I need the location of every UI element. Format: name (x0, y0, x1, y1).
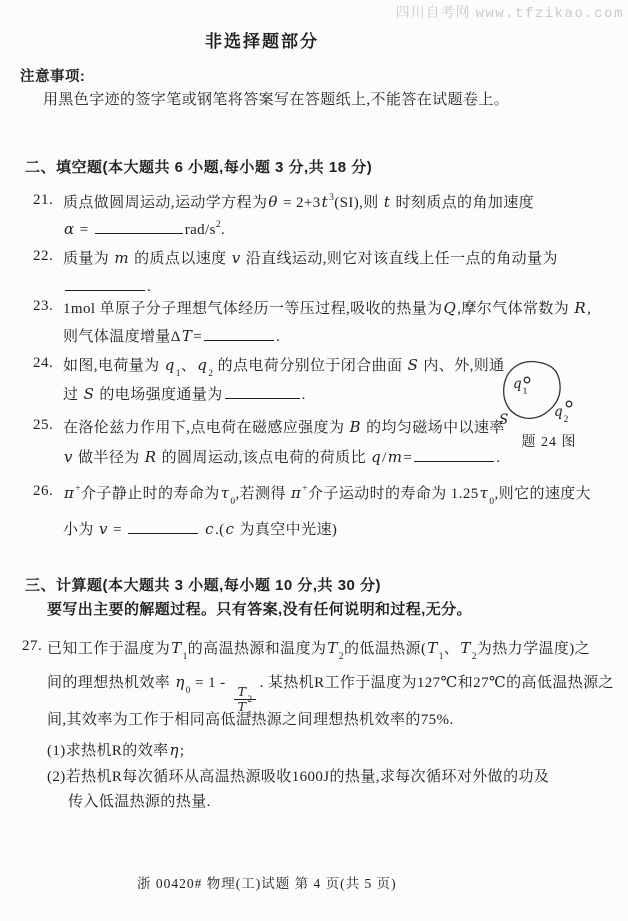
question-22-number: 22. (33, 248, 53, 265)
answer-blank (65, 276, 145, 291)
question-27-part-1: (1)求热机R的效率η; (47, 740, 184, 761)
question-24-number: 24. (33, 355, 53, 372)
question-21-number: 21. (33, 192, 53, 209)
question-26-number: 26. (33, 483, 53, 500)
answer-blank (225, 384, 300, 399)
question-24-line-2: 过 S 的电场强度通量为. (63, 384, 306, 405)
watermark-site-name: 四川自考网 (396, 4, 471, 20)
page-footer: 浙 00420# 物理(工)试题 第 4 页(共 5 页) (137, 872, 397, 892)
section-2-heading: 二、填空题(本大题共 6 小题,每小题 3 分,共 18 分) (25, 156, 372, 177)
question-22-line-2: . (63, 276, 151, 297)
answer-blank (414, 447, 494, 462)
exam-page: { "colors": {"ink": "#1f1f1f", "watermar… (0, 0, 628, 921)
notice-heading: 注意事项: (20, 65, 85, 86)
question-21-line-2: α = rad/s2. (63, 219, 225, 240)
question-23-number: 23. (33, 298, 53, 315)
charge-q2-label: q2 (553, 404, 568, 420)
question-27-line-1: 已知工作于温度为T1的高温热源和温度为T2的低温热源(T1、T2为热力学温度)之 (47, 638, 590, 659)
question-22-line-1: 质量为 m 的质点以速度 v 沿直线运动,则它对该直线上任一点的角动量为 (63, 248, 558, 269)
figure-24-caption: 题 24 图 (493, 431, 605, 451)
answer-blank (128, 519, 198, 534)
watermark: 四川自考网 www.tfzikao.com (396, 2, 624, 22)
answer-blank (95, 219, 183, 234)
question-21-line-1: 质点做圆周运动,运动学方程为θ = 2+3t3(SI),则 t 时刻质点的角加速… (63, 192, 534, 213)
question-27-part-2-continued: 传入低温热源的热量. (68, 792, 211, 812)
question-24-line-1: 如图,电荷量为 q1、q2 的点电荷分别位于闭合曲面 S 内、外,则通 (63, 355, 505, 376)
page-title: 非选择题部分 (205, 27, 319, 52)
section-3-heading: 三、计算题(本大题共 3 小题,每小题 10 分,共 30 分) (25, 574, 381, 595)
answer-blank (204, 326, 274, 341)
question-27-number: 27. (22, 638, 42, 655)
figure-24: q1 q2 S 题 24 图 (493, 352, 627, 452)
question-27-line-2: 间的理想热机效率 η0 = 1 - T2T1. 某热机R工作于温度为127℃和2… (47, 672, 614, 715)
watermark-site-url: www.tfzikao.com (475, 6, 624, 22)
section-3-note: 要写出主要的解题过程。只有答案,没有任何说明和过程,无分。 (47, 600, 472, 620)
notice-body: 用黑色字迹的签字笔或钢笔将答案写在答题纸上,不能答在试题卷上。 (43, 90, 509, 110)
question-25-number: 25. (33, 417, 53, 434)
question-25-line-1: 在洛伦兹力作用下,点电荷在磁感应强度为 B 的均匀磁场中以速率 (63, 417, 505, 438)
question-23-line-2: 则气体温度增量ΔT=. (63, 326, 280, 347)
question-25-line-2: v 做半径为 R 的圆周运动,该点电荷的荷质比 q/m=. (63, 447, 500, 468)
question-27-part-2: (2)若热机R每次循环从高温热源吸收1600J的热量,求每次循环对外做的功及 (47, 767, 549, 787)
question-23-line-1: 1mol 单原子分子理想气体经历一等压过程,吸收的热量为Q,摩尔气体常数为 R, (63, 298, 591, 319)
question-26-line-1: π+介子静止时的寿命为τ0,若测得 π+介子运动时的寿命为 1.25τ0,则它的… (63, 483, 591, 504)
question-26-line-2: 小为 v = c.(c 为真空中光速) (63, 519, 337, 540)
surface-s-label: S (498, 412, 509, 428)
question-27-line-3: 间,其效率为工作于相同高低温热源之间理想热机效率的75%. (47, 710, 454, 730)
charge-q1-label: q1 (512, 376, 527, 392)
